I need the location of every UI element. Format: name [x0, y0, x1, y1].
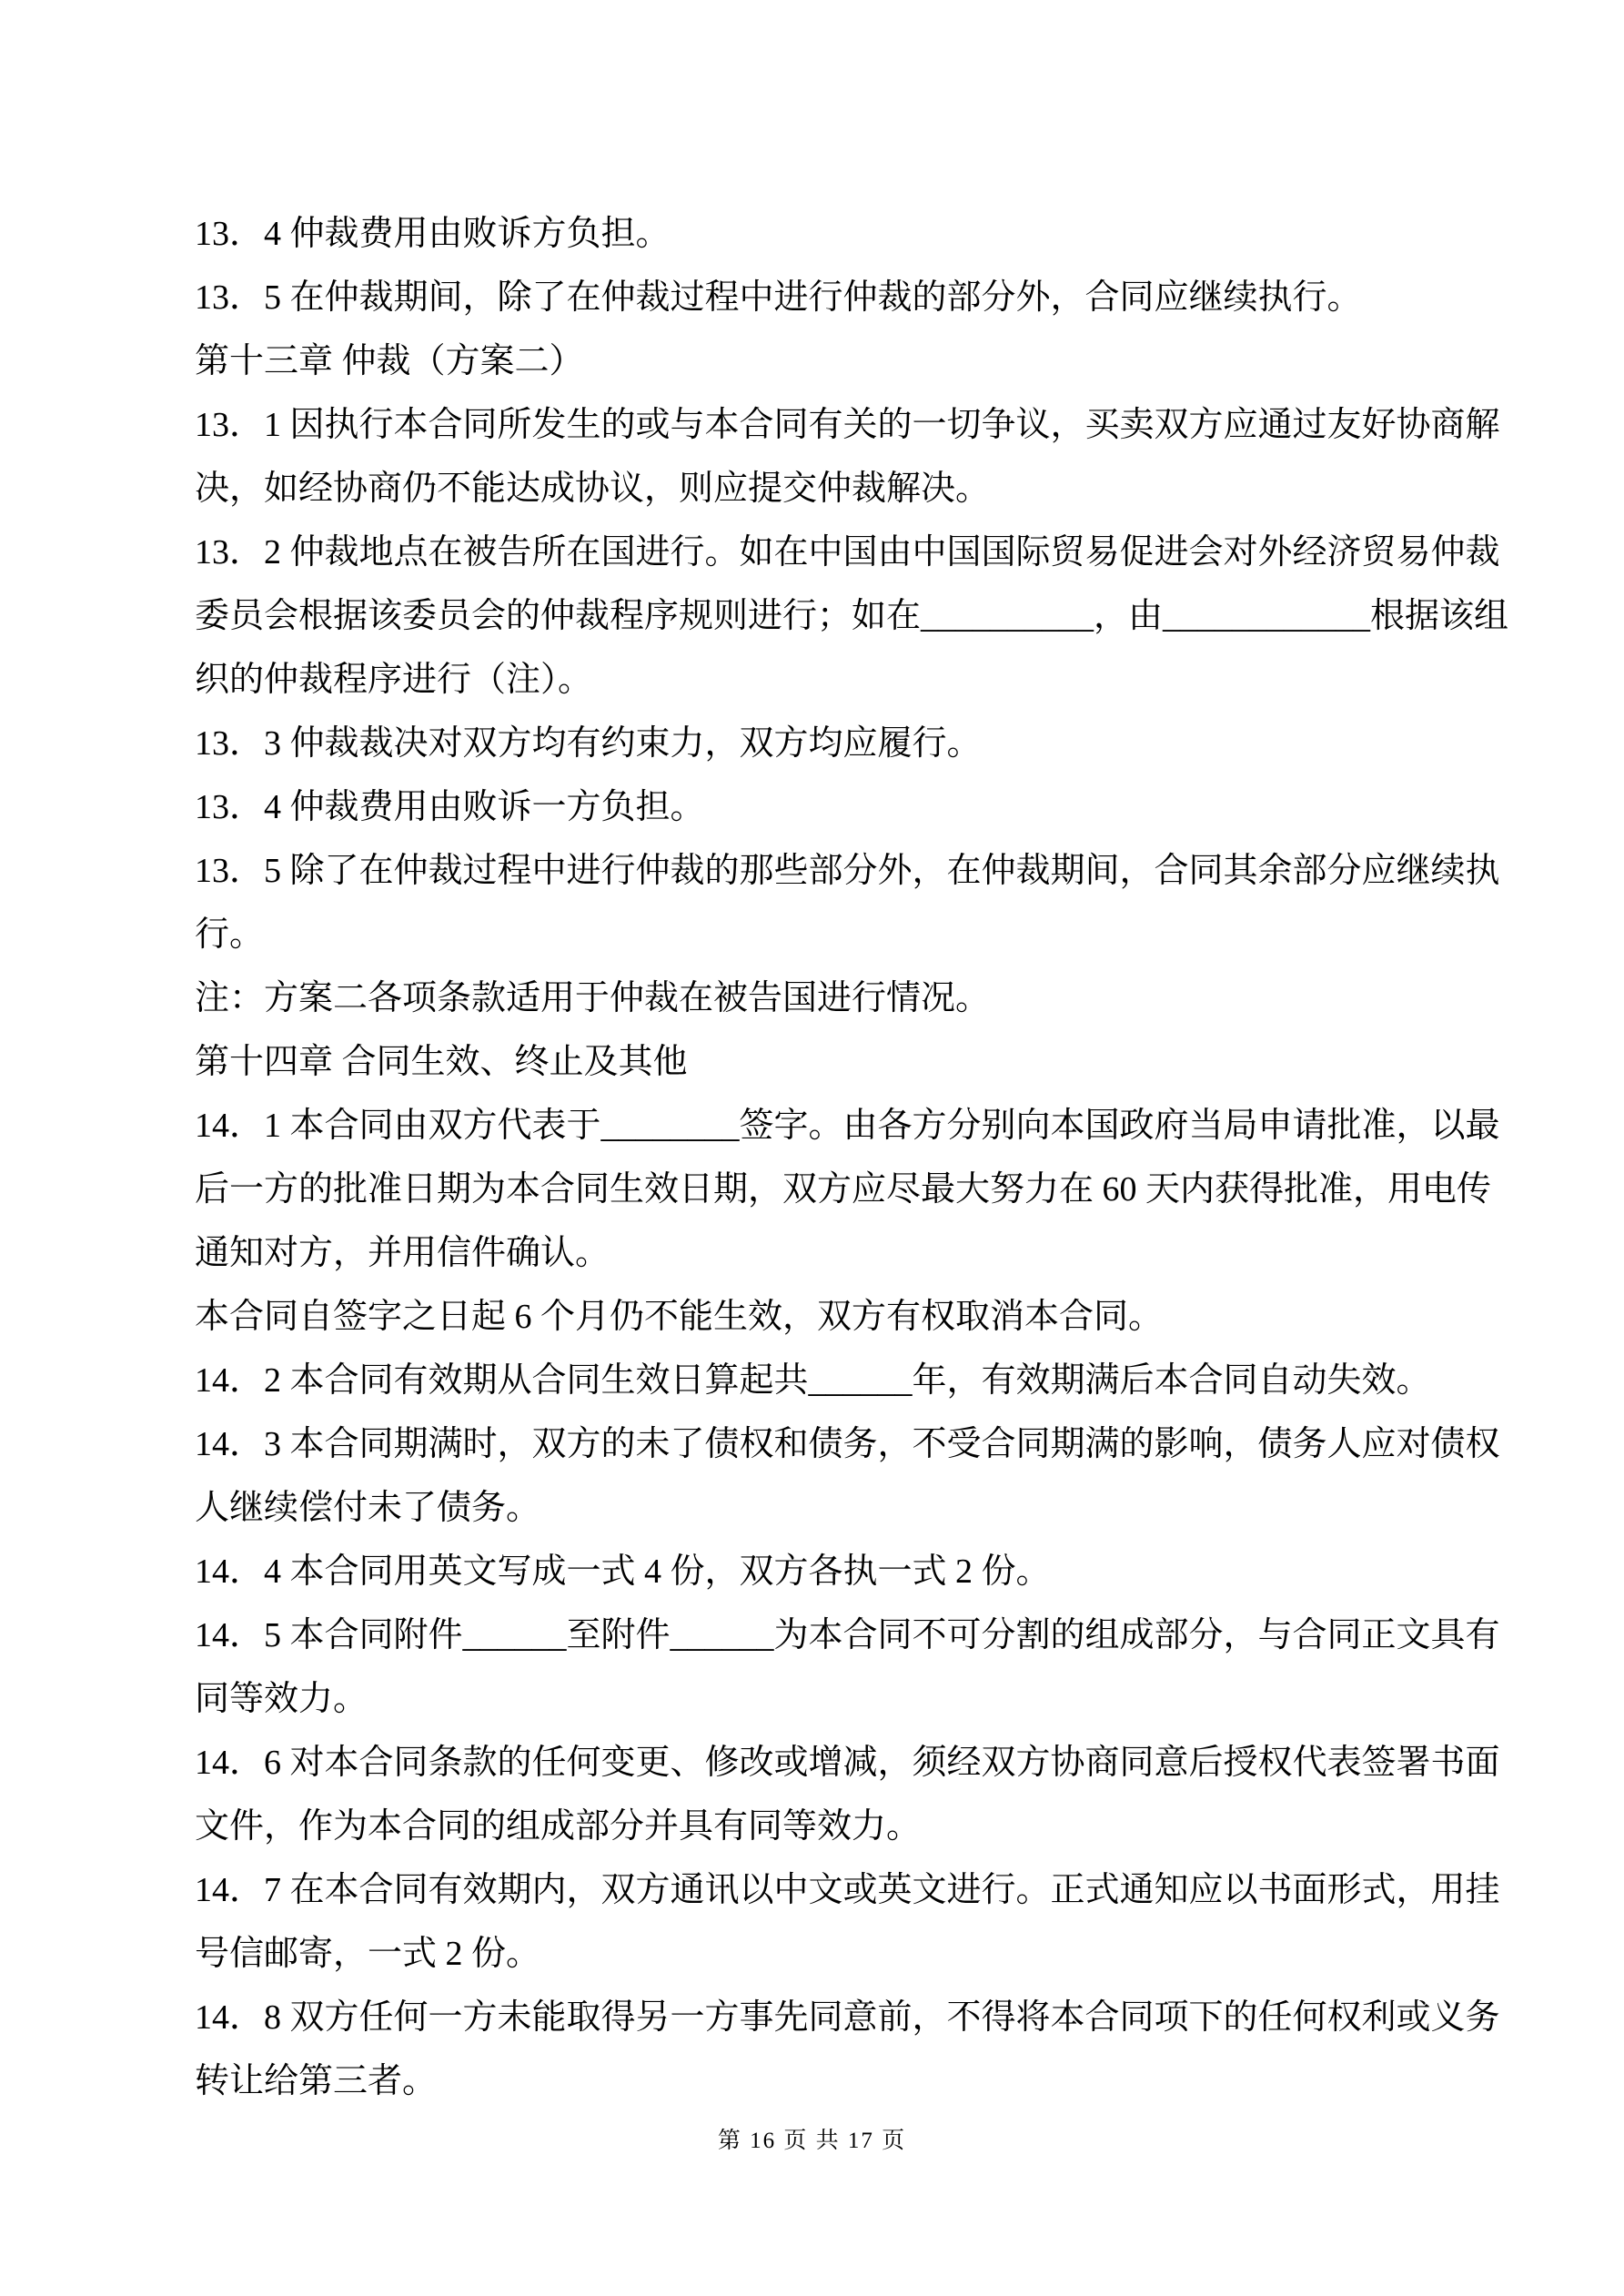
text-line: 13．1 因执行本合同所发生的或与本合同有关的一切争议，买卖双方应通过友好协商解	[195, 393, 1443, 457]
text-line: 13．2 仲裁地点在被告所在国进行。如在中国由中国国际贸易促进会对外经济贸易仲裁	[195, 521, 1443, 584]
text-line: 14．4 本合同用英文写成一式 4 份，双方各执一式 2 份。	[195, 1540, 1443, 1603]
text-line: 号信邮寄，一式 2 份。	[195, 1922, 1443, 1986]
text-line: 后一方的批准日期为本合同生效日期，双方应尽最大努力在 60 天内获得批准，用电传	[195, 1158, 1443, 1221]
text-line: 14．3 本合同期满时，双方的未了债权和债务，不受合同期满的影响，债务人应对债权	[195, 1412, 1443, 1476]
text-line: 人继续偿付未了债务。	[195, 1476, 1443, 1540]
text-line-with-blanks: 14．2 本合同有效期从合同生效日算起共______年，有效期满后本合同自动失效…	[195, 1349, 1443, 1412]
text-line: 本合同自签字之日起 6 个月仍不能生效，双方有权取消本合同。	[195, 1285, 1443, 1349]
text-line: 14．8 双方任何一方未能取得另一方事先同意前，不得将本合同项下的任何权利或义务	[195, 1986, 1443, 2049]
text-line: 14．7 在本合同有效期内，双方通讯以中文或英文进行。正式通知应以书面形式，用挂	[195, 1858, 1443, 1922]
text-line: 通知对方，并用信件确认。	[195, 1221, 1443, 1285]
text-line: 同等效力。	[195, 1667, 1443, 1731]
text-line: 决，如经协商仍不能达成协议，则应提交仲裁解决。	[195, 457, 1443, 521]
text-line: 13．5 在仲裁期间，除了在仲裁过程中进行仲裁的部分外，合同应继续执行。	[195, 266, 1443, 329]
text-line: 文件，作为本合同的组成部分并具有同等效力。	[195, 1795, 1443, 1858]
document-page: 13．4 仲裁费用由败诉方负担。 13．5 在仲裁期间，除了在仲裁过程中进行仲裁…	[0, 0, 1624, 2296]
text-line: 13．4 仲裁费用由败诉方负担。	[195, 202, 1443, 266]
chapter-heading: 第十四章 合同生效、终止及其他	[195, 1030, 1443, 1094]
page-number-footer: 第 16 页 共 17 页	[0, 2123, 1624, 2159]
text-line: 行。	[195, 903, 1443, 966]
contract-body: 13．4 仲裁费用由败诉方负担。 13．5 在仲裁期间，除了在仲裁过程中进行仲裁…	[195, 202, 1443, 2113]
text-line: 13．4 仲裁费用由败诉一方负担。	[195, 775, 1443, 839]
text-line-with-blanks: 14．1 本合同由双方代表于________签字。由各方分别向本国政府当局申请批…	[195, 1094, 1443, 1158]
text-line: 13．5 除了在仲裁过程中进行仲裁的那些部分外，在仲裁期间，合同其余部分应继续执	[195, 839, 1443, 903]
note-line: 注：方案二各项条款适用于仲裁在被告国进行情况。	[195, 966, 1443, 1030]
text-line: 13．3 仲裁裁决对双方均有约束力，双方均应履行。	[195, 712, 1443, 775]
text-line: 14．6 对本合同条款的任何变更、修改或增减，须经双方协商同意后授权代表签署书面	[195, 1731, 1443, 1795]
text-line-with-blanks: 委员会根据该委员会的仲裁程序规则进行；如在__________，由_______…	[195, 584, 1443, 648]
chapter-heading: 第十三章 仲裁（方案二）	[195, 329, 1443, 393]
text-line-with-blanks: 14．5 本合同附件______至附件______为本合同不可分割的组成部分，与…	[195, 1603, 1443, 1667]
text-line: 转让给第三者。	[195, 2049, 1443, 2113]
text-line: 织的仲裁程序进行（注）。	[195, 648, 1443, 712]
